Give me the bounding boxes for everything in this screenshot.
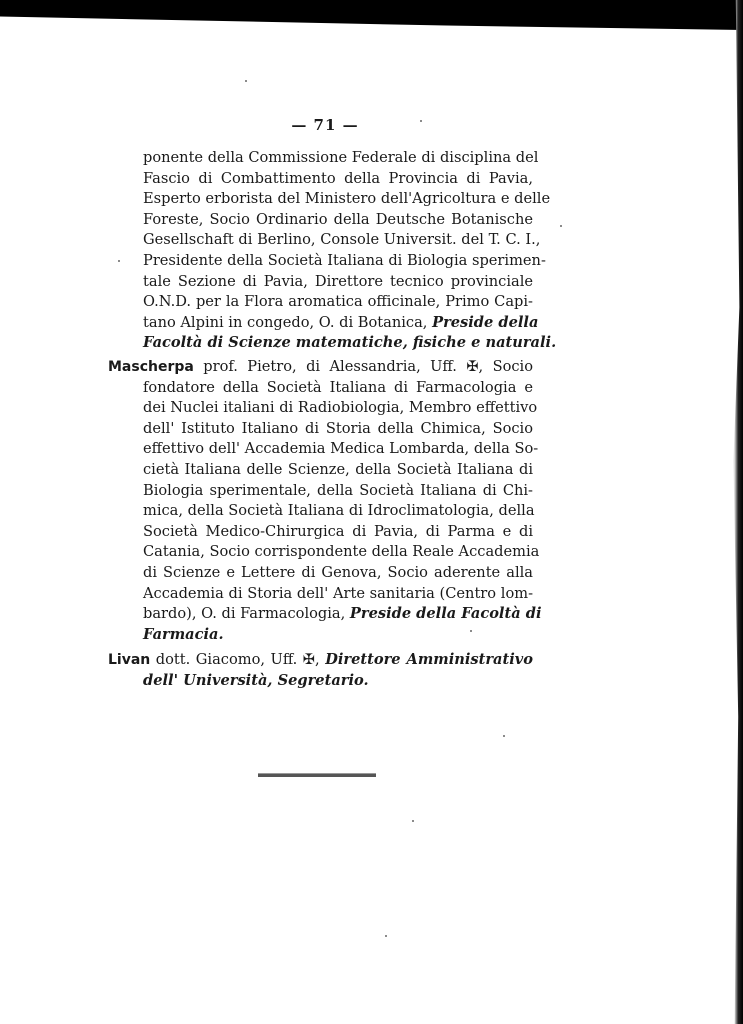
scan-speck — [470, 630, 472, 632]
scan-speck — [560, 225, 562, 227]
scan-speck — [245, 80, 247, 82]
text-italic: Facoltà di Scienze matematiche, fisiche … — [143, 334, 556, 351]
text-line: cietà Italiana delle Scienze, della Soci… — [143, 460, 533, 481]
end-rule-divider — [258, 773, 376, 777]
text-italic: dell' Università, Segretario. — [143, 672, 369, 689]
text-line: Livan dott. Giacomo, Uff. ✠, Direttore A… — [108, 650, 533, 671]
entry-continuation: ponente della Commissione Federale di di… — [143, 148, 533, 354]
scan-border-right — [731, 0, 743, 1024]
text-italic: Farmacia. — [143, 626, 224, 643]
text-line: Biologia sperimentale, della Società Ita… — [143, 481, 533, 502]
page-number: — 71 — — [0, 116, 650, 134]
text-italic: Preside della Facoltà di — [350, 605, 542, 622]
text-italic: Direttore Amministrativo — [325, 651, 533, 668]
entry-livan: Livan dott. Giacomo, Uff. ✠, Direttore A… — [108, 650, 533, 691]
scan-border-top — [0, 0, 743, 30]
text-line: Farmacia. — [143, 625, 533, 646]
text-italic: Preside della — [432, 314, 538, 331]
text-plain: bardo), O. di Farmacologia, — [143, 605, 350, 622]
text-line: tale Sezione di Pavia, Direttore tecnico… — [143, 272, 533, 293]
text-line: di Scienze e Lettere di Genova, Socio ad… — [143, 563, 533, 584]
text-line: Catania, Socio corrispondente della Real… — [143, 542, 533, 563]
text-line: Mascherpa prof. Pietro, di Alessandria, … — [108, 357, 533, 378]
text-plain: tano Alpini in congedo, O. di Botanica, — [143, 314, 432, 331]
entry-name: Livan — [108, 652, 150, 668]
text-line: Esperto erborista del Ministero dell'Agr… — [143, 189, 533, 210]
entry-mascherpa: Mascherpa prof. Pietro, di Alessandria, … — [108, 357, 533, 645]
scan-speck — [412, 820, 414, 822]
text-line: tano Alpini in congedo, O. di Botanica, … — [143, 313, 533, 334]
text-line: Fascio di Combattimento della Provincia … — [143, 169, 533, 190]
text-plain: dott. Giacomo, Uff. ✠, — [150, 651, 325, 668]
scan-speck — [420, 120, 422, 122]
text-line: effettivo dell' Accademia Medica Lombard… — [143, 439, 533, 460]
text-line: Facoltà di Scienze matematiche, fisiche … — [143, 333, 533, 354]
text-line: dell' Istituto Italiano di Storia della … — [143, 419, 533, 440]
text-line: fondatore della Società Italiana di Farm… — [143, 378, 533, 399]
entry-name: Mascherpa — [108, 359, 194, 375]
text-line: dell' Università, Segretario. — [143, 671, 533, 692]
text-line: O.N.D. per la Flora aromatica officinale… — [143, 292, 533, 313]
text-line: Gesellschaft di Berlino, Console Univers… — [143, 230, 533, 251]
text-line: bardo), O. di Farmacologia, Preside dell… — [143, 604, 533, 625]
text-line: Presidente della Società Italiana di Bio… — [143, 251, 533, 272]
text-line: dei Nuclei italiani di Radiobiologia, Me… — [143, 398, 533, 419]
scan-speck — [503, 735, 505, 737]
text-line: Accademia di Storia dell' Arte sanitaria… — [143, 584, 533, 605]
text-line: Società Medico-Chirurgica di Pavia, di P… — [143, 522, 533, 543]
scan-speck — [385, 935, 387, 937]
text-line: ponente della Commissione Federale di di… — [143, 148, 533, 169]
text-plain: prof. Pietro, di Alessandria, Uff. ✠, So… — [194, 358, 533, 375]
scan-speck — [118, 260, 120, 262]
text-line: Foreste, Socio Ordinario della Deutsche … — [143, 210, 533, 231]
text-line: mica, della Società Italiana di Idroclim… — [143, 501, 533, 522]
